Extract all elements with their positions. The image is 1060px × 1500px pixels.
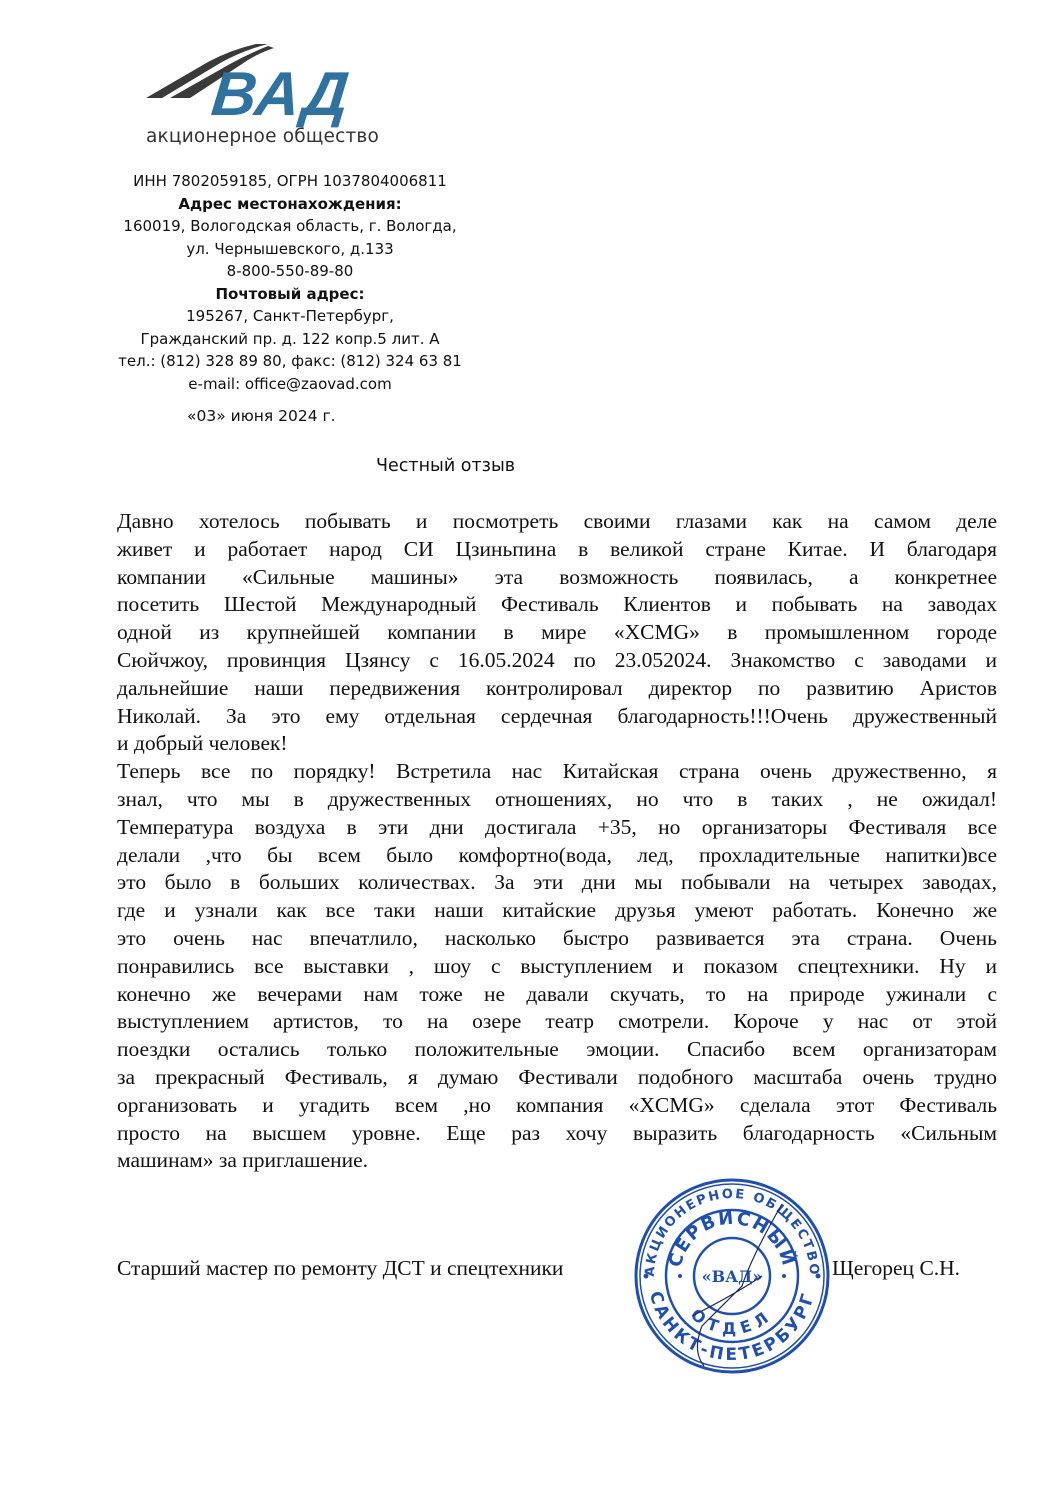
text-line: компании «Сильные машины» эта возможност… — [117, 564, 997, 592]
text-line: Давно хотелось побывать и посмотреть сво… — [117, 508, 997, 536]
text-line: организовать и угадить всем ,но компания… — [117, 1092, 997, 1120]
text-line: за прекрасный Фестиваль, я думаю Фестива… — [117, 1064, 997, 1092]
text-line: посетить Шестой Международный Фестиваль … — [117, 591, 997, 619]
text-line: поездки остались только положительные эм… — [117, 1036, 997, 1064]
inn-ogrn: ИНН 7802059185, ОГРН 1037804006811 — [100, 170, 480, 193]
text-line: Сюйчжоу, провинция Цзянсу с 16.05.2024 п… — [117, 647, 997, 675]
text-line: понравились все выставки , шоу с выступл… — [117, 953, 997, 981]
location-heading: Адрес местонахождения: — [100, 193, 480, 216]
postal-heading: Почтовый адрес: — [100, 283, 480, 306]
text-line: Теперь все по порядку! Встретила нас Кит… — [117, 758, 997, 786]
logo-mark: ВАД — [209, 64, 353, 126]
svg-text:«ВАД»: «ВАД» — [702, 1267, 763, 1286]
company-requisites: ИНН 7802059185, ОГРН 1037804006811 Адрес… — [100, 170, 480, 395]
location-line2: ул. Чернышевского, д.133 — [100, 238, 480, 261]
text-line: делали ,что бы всем было комфортно(вода,… — [117, 842, 997, 870]
letter-date: «03» июня 2024 г. — [187, 407, 336, 425]
letter-title: Честный отзыв — [376, 456, 515, 476]
paragraph-2: Теперь все по порядку! Встретила нас Кит… — [117, 758, 997, 1175]
text-line: Температура воздуха в эти дни достигала … — [117, 814, 997, 842]
logo-subtitle: акционерное общество — [146, 126, 379, 147]
email: e-mail: office@zaovad.com — [100, 373, 480, 396]
postal-line2: Гражданский пр. д. 122 копр.5 лит. А — [100, 328, 480, 351]
postal-line1: 195267, Санкт-Петербург, — [100, 305, 480, 328]
text-line: живет и работает народ СИ Цзиньпина в ве… — [117, 536, 997, 564]
text-line: это было в больших количествах. За эти д… — [117, 869, 997, 897]
text-line: это очень нас впечатлило, насколько быст… — [117, 925, 997, 953]
location-line1: 160019, Вологодская область, г. Вологда, — [100, 215, 480, 238]
text-line: Николай. За это ему отдельная сердечная … — [117, 703, 997, 731]
letter-body: Давно хотелось побывать и посмотреть сво… — [117, 508, 997, 1175]
signer-position: Старший мастер по ремонту ДСТ и спецтехн… — [117, 1256, 563, 1281]
location-phone: 8-800-550-89-80 — [100, 260, 480, 283]
text-line: знал, что мы в дружественных отношениях,… — [117, 786, 997, 814]
text-line: выступлением артистов, то на озере театр… — [117, 1008, 997, 1036]
phone-fax: тел.: (812) 328 89 80, факс: (812) 324 6… — [100, 350, 480, 373]
text-line: и добрый человек! — [117, 730, 997, 758]
text-line: где и узнали как все таки наши китайские… — [117, 897, 997, 925]
company-stamp-icon: АКЦИОНЕРНОЕ ОБЩЕСТВО САНКТ-ПЕТЕРБУРГ СЕР… — [632, 1176, 832, 1376]
text-line: одной из крупнейшей компании в мире «XCM… — [117, 619, 997, 647]
company-logo: ВАД акционерное общество — [144, 44, 404, 154]
text-line: просто на высшем уровне. Еще раз хочу вы… — [117, 1120, 997, 1148]
signer-name: Щегорец С.Н. — [832, 1256, 960, 1281]
text-line: дальнейшие наши передвижения контролиров… — [117, 675, 997, 703]
paragraph-1: Давно хотелось побывать и посмотреть сво… — [117, 508, 997, 758]
text-line: машинам» за приглашение. — [117, 1147, 997, 1175]
text-line: конечно же вечерами нам тоже не давали с… — [117, 981, 997, 1009]
